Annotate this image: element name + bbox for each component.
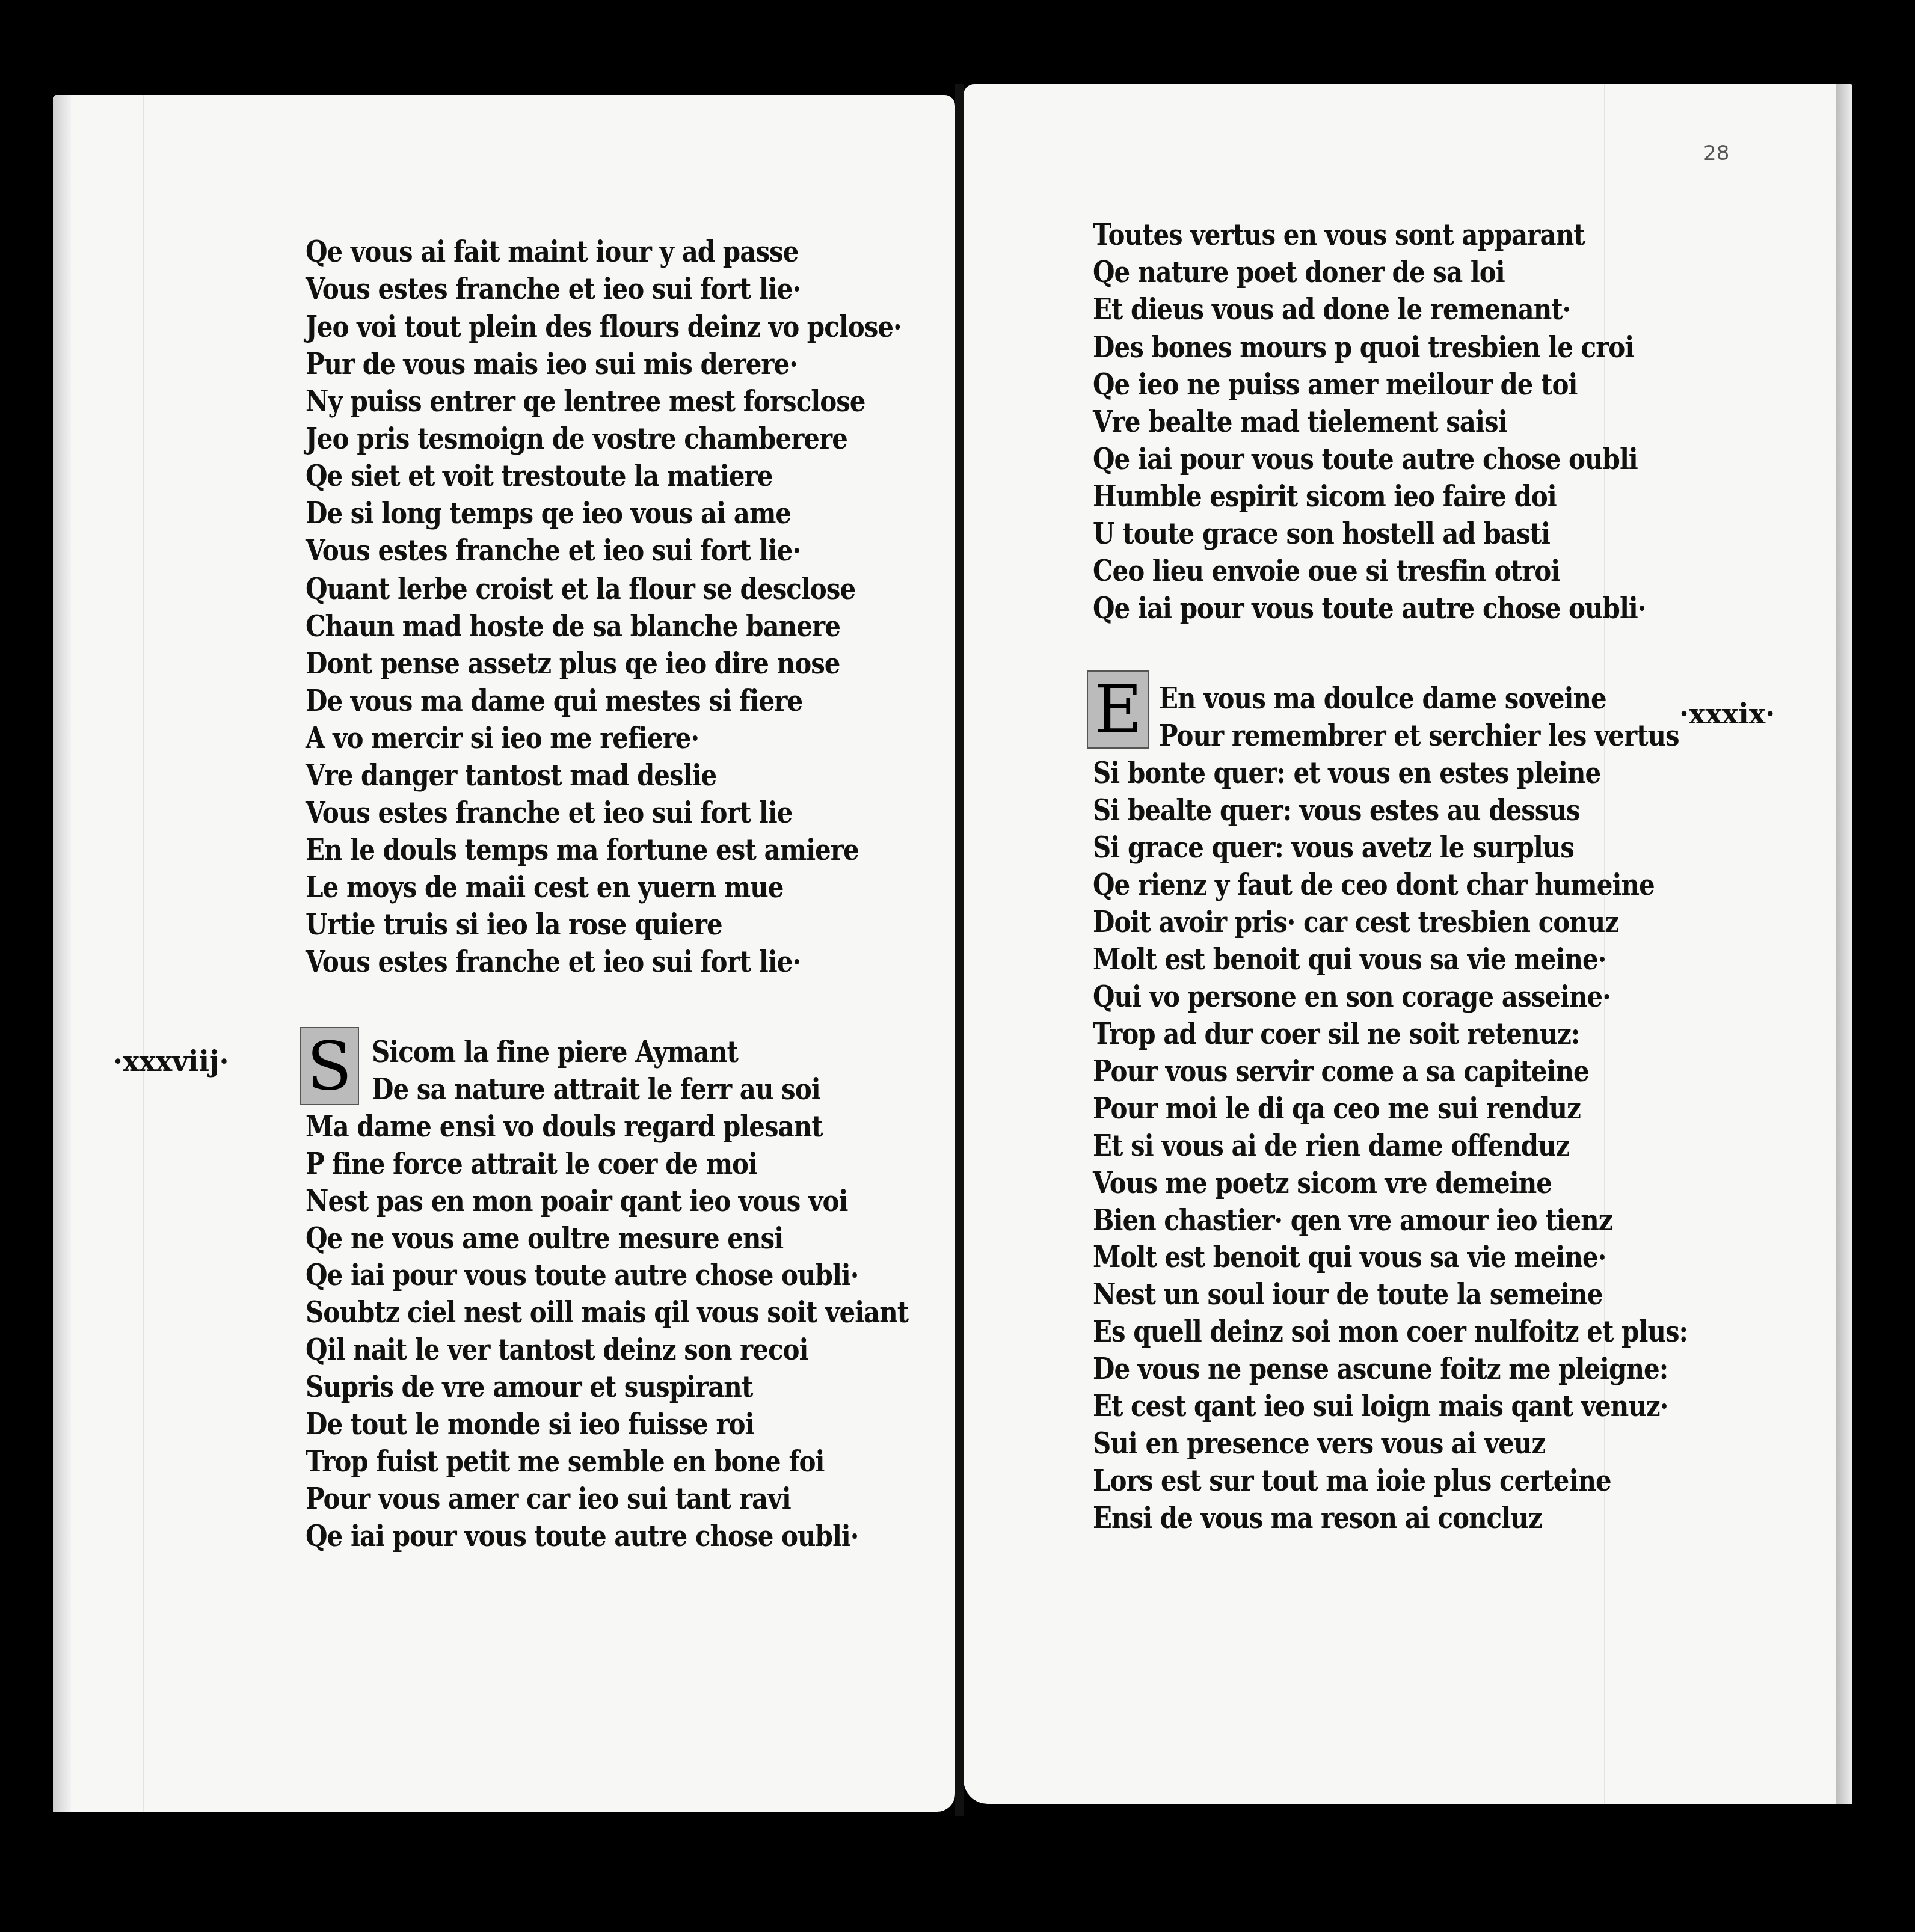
verse-line: Qe iai pour vous toute autre chose oubli	[1093, 442, 1638, 476]
verse-line: Molt est benoit qui vous sa vie meine·	[1093, 942, 1606, 976]
verse-line: Et si vous ai de rien dame offenduz	[1093, 1129, 1569, 1162]
verse-line: Toutes vertus en vous sont apparant	[1093, 218, 1585, 252]
verse-line: Sicom la fine piere Aymant	[372, 1035, 738, 1069]
verse-line: En le douls temps ma fortune est amiere	[306, 833, 859, 866]
book-gutter	[955, 84, 964, 1816]
verse-line: Qe ne vous ame oultre mesure ensi	[306, 1221, 783, 1255]
verse-line: Nest pas en mon poair qant ieo vous voi	[306, 1184, 847, 1218]
verse-line: Le moys de maii cest en yuern mue	[306, 870, 783, 904]
verse-line: Des bones mours p quoi tresbien le croi	[1093, 330, 1634, 364]
right-text-block: Toutes vertus en vous sont apparant Qe n…	[1093, 222, 1694, 1726]
verse-line: De vous ma dame qui mestes si fiere	[306, 684, 802, 717]
verse-line: Et cest qant ieo sui loign mais qant ven…	[1093, 1390, 1668, 1423]
verse-line: P fine force attrait le coer de moi	[306, 1147, 757, 1180]
verse-line: Qil nait le ver tantost deinz son recoi	[306, 1333, 808, 1367]
verse-line: Ensi de vous ma reson ai concluz	[1093, 1501, 1542, 1535]
verse-line: Bien chastier· qen vre amour ieo tienz	[1093, 1203, 1612, 1237]
verse-line: Jeo voi tout plein des flours deinz vo p…	[306, 310, 902, 343]
verse-line: Molt est benoit qui vous sa vie meine·	[1093, 1240, 1606, 1274]
verse-line: Doit avoir pris· car cest tresbien conuz	[1093, 905, 1618, 939]
verse-line: Qe iai pour vous toute autre chose oubli…	[1093, 591, 1646, 625]
verse-line: Trop ad dur coer sil ne soit retenuz:	[1093, 1017, 1579, 1050]
verse-line: Qe iai pour vous toute autre chose oubli…	[306, 1259, 858, 1292]
verse-line: U toute grace son hostell ad basti	[1093, 517, 1550, 550]
left-text-block: Qe vous ai fait maint iour y ad passe Vo…	[306, 239, 907, 1713]
verse-line: Es quell deinz soi mon coer nulfoitz et …	[1093, 1315, 1688, 1349]
verse-line: Qe iai pour vous toute autre chose oubli…	[306, 1520, 858, 1553]
verse-line: Pour vous amer car ieo sui tant ravi	[306, 1482, 791, 1516]
verse-line: Vous estes franche et ieo sui fort lie·	[306, 533, 801, 567]
verse-line: Qe rienz y faut de ceo dont char humeine	[1093, 868, 1655, 901]
verse-line: Vous estes franche et ieo sui fort lie·	[306, 272, 801, 306]
verse-line: Pour vous servir come a sa capiteine	[1093, 1054, 1589, 1088]
verse-line: Qe siet et voit trestoute la matiere	[306, 459, 772, 492]
verse-line: Dont pense assetz plus qe ieo dire nose	[306, 646, 840, 680]
verse-line: De si long temps qe ieo vous ai ame	[306, 496, 791, 530]
verse-line: Pour moi le di qa ceo me sui renduz	[1093, 1091, 1581, 1125]
left-page: Qe vous ai fait maint iour y ad passe Vo…	[53, 95, 955, 1812]
margin-rule	[143, 95, 144, 1812]
verse-line: Urtie truis si ieo la rose quiere	[306, 907, 722, 941]
verse-line: Supris de vre amour et suspirant	[306, 1370, 752, 1404]
verse-line: Pur de vous mais ieo sui mis derere·	[306, 347, 798, 381]
verse-line: Pour remembrer et serchier les vertus	[1159, 719, 1679, 752]
verse-line: Ceo lieu envoie oue si tresfin otroi	[1093, 554, 1560, 587]
verse-line: Nest un soul iour de toute la semeine	[1093, 1278, 1602, 1311]
verse-line: Vous estes franche et ieo sui fort lie·	[306, 945, 801, 978]
verse-line: Lors est sur tout ma ioie plus certeine	[1093, 1464, 1611, 1498]
verse-line: Vous me poetz sicom vre demeine	[1093, 1166, 1552, 1200]
verse-line: Soubtz ciel nest oill mais qil vous soit…	[306, 1296, 908, 1329]
verse-line: Chaun mad hoste de sa blanche banere	[306, 609, 840, 643]
margin-numeral: ·xxxix·	[1679, 698, 1775, 730]
verse-line: Et dieus vous ad done le remenant·	[1093, 293, 1570, 327]
decorated-initial: S	[300, 1027, 359, 1105]
verse-line: Quant lerbe croist et la flour se desclo…	[306, 572, 855, 606]
verse-line: De vous ne pense ascune foitz me pleigne…	[1093, 1352, 1668, 1386]
verse-line: Qe ieo ne puiss amer meilour de toi	[1093, 367, 1577, 401]
verse-line: Jeo pris tesmoign de vostre chamberere	[306, 422, 847, 455]
verse-line: Vous estes franche et ieo sui fort lie	[306, 796, 792, 829]
verse-line: Ma dame ensi vo douls regard plesant	[306, 1109, 823, 1143]
margin-numeral: ·xxxviij·	[113, 1045, 229, 1078]
verse-line: Sui en presence vers vous ai veuz	[1093, 1427, 1545, 1461]
verse-line: Si bonte quer: et vous en estes pleine	[1093, 756, 1600, 790]
verse-line: En vous ma doulce dame soveine	[1159, 681, 1606, 715]
verse-line: Vre danger tantost mad deslie	[306, 758, 716, 792]
margin-rule	[1066, 84, 1066, 1804]
page-edge	[1836, 84, 1852, 1804]
verse-line: A vo mercir si ieo me refiere·	[306, 721, 699, 755]
verse-line: Qe vous ai fait maint iour y ad passe	[306, 235, 798, 269]
decorated-initial: E	[1087, 670, 1149, 749]
verse-line: Si bealte quer: vous estes au dessus	[1093, 793, 1580, 827]
verse-line: Trop fuist petit me semble en bone foi	[306, 1445, 824, 1479]
folio-number: 28	[1703, 141, 1729, 165]
verse-line: Qui vo persone en son corage asseine·	[1093, 980, 1611, 1013]
verse-line: Vre bealte mad tielement saisi	[1093, 405, 1507, 438]
verse-line: De tout le monde si ieo fuisse roi	[306, 1408, 754, 1441]
verse-line: Ny puiss entrer qe lentree mest forsclos…	[306, 384, 865, 418]
verse-line: Qe nature poet doner de sa loi	[1093, 256, 1505, 289]
verse-line: Si grace quer: vous avetz le surplus	[1093, 830, 1574, 864]
right-page: 28 Toutes vertus en vous sont apparant Q…	[964, 84, 1852, 1804]
verse-line: De sa nature attrait le ferr au soi	[372, 1072, 820, 1106]
verse-line: Humble espirit sicom ieo faire doi	[1093, 479, 1557, 513]
